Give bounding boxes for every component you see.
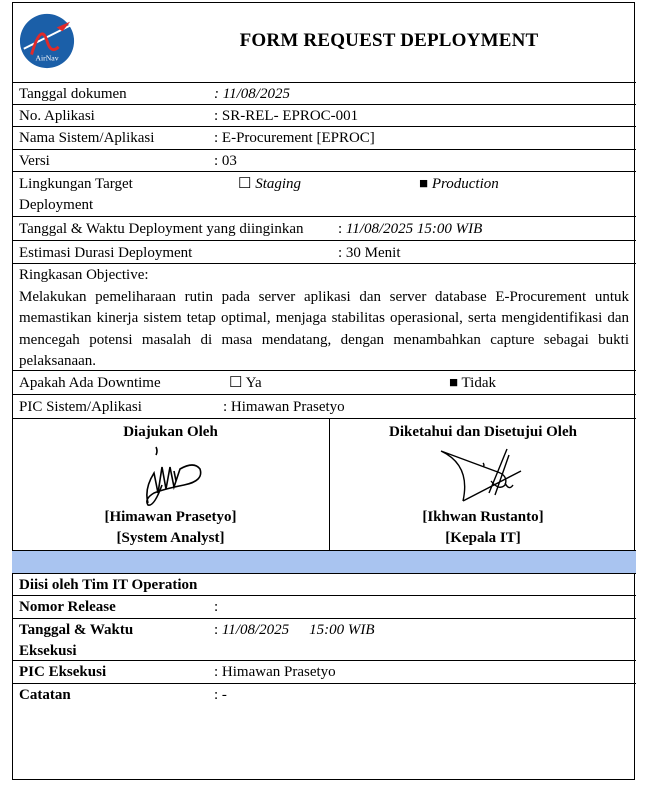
tanggal-waktu-deployment-value: : 11/08/2025 15:00 WIB [338, 218, 482, 240]
row-nomor-release: Nomor Release : [12, 595, 636, 618]
estimasi-durasi-value: : 30 Menit [338, 242, 401, 264]
option-production[interactable]: ■ Production [419, 173, 499, 195]
signature-himawan-icon [126, 443, 216, 507]
time-value: 15:00 WIB [309, 622, 374, 638]
row-tanggal-eksekusi: Tanggal & Waktu Eksekusi : 11/08/202515:… [12, 618, 636, 660]
row-pic-eksekusi: PIC Eksekusi : Himawan Prasetyo [12, 660, 636, 683]
date-value: 11/08/2025 [222, 622, 289, 638]
nomor-release-value: : [214, 596, 218, 618]
checkbox-checked-icon: ■ [419, 176, 428, 192]
row-lingkungan-target: Lingkungan Target Deployment ☐ Staging ■… [12, 171, 636, 216]
pic-eksekusi-value: : Himawan Prasetyo [214, 661, 336, 683]
field-label: PIC Eksekusi [19, 661, 106, 683]
option-ya[interactable]: ☐ Ya [229, 372, 262, 394]
nama-sistem-value: : E-Procurement [EPROC] [214, 127, 375, 149]
catatan-value: : - [214, 684, 227, 706]
value-text: 11/08/2025 15:00 WIB [346, 221, 482, 237]
value-prefix: : [214, 622, 222, 638]
section-separator-band [12, 550, 636, 573]
option-tidak[interactable]: ■ Tidak [449, 372, 496, 394]
row-it-operation-title: Diisi oleh Tim IT Operation [12, 573, 636, 595]
field-label: PIC Sistem/Aplikasi [19, 396, 142, 418]
row-tanggal-waktu-deployment: Tanggal & Waktu Deployment yang diingink… [12, 216, 636, 240]
row-tanggal-dokumen: Tanggal dokumen : 11/08/2025 [12, 82, 636, 104]
signature-heading: Diketahui dan Disetujui Oleh [330, 422, 636, 443]
signature-ikhwan-icon [433, 443, 533, 507]
row-estimasi-durasi: Estimasi Durasi Deployment : 30 Menit [12, 240, 636, 263]
row-nama-sistem: Nama Sistem/Aplikasi : E-Procurement [EP… [12, 126, 636, 149]
row-ringkasan-objective: Ringkasan Objective: Melakukan pemelihar… [12, 263, 636, 370]
field-label: Nomor Release [19, 596, 116, 618]
field-label: Lingkungan Target [19, 173, 133, 195]
tanggal-dokumen-value: : 11/08/2025 [214, 83, 290, 105]
signer-name: [Ikhwan Rustanto] [330, 507, 636, 528]
svg-text:AirNav: AirNav [35, 53, 58, 62]
checkbox-checked-icon: ■ [449, 375, 458, 391]
field-label: Tanggal & Waktu [19, 619, 133, 641]
field-label: Tanggal & Waktu Deployment yang diingink… [19, 218, 304, 240]
pic-sistem-value: : Himawan Prasetyo [223, 396, 345, 418]
checkbox-unchecked-icon: ☐ [238, 176, 251, 192]
value-prefix: : [338, 221, 346, 237]
option-label: Staging [255, 176, 301, 192]
page-title: FORM REQUEST DEPLOYMENT [12, 30, 636, 52]
field-label: No. Aplikasi [19, 105, 95, 127]
checkbox-unchecked-icon: ☐ [229, 375, 242, 391]
field-label: Nama Sistem/Aplikasi [19, 127, 154, 149]
signature-heading: Diajukan Oleh [12, 422, 329, 443]
row-catatan: Catatan : - [12, 683, 636, 780]
field-label: Apakah Ada Downtime [19, 372, 161, 394]
option-label: Production [432, 176, 499, 192]
option-label: Tidak [462, 375, 496, 391]
form-header: AirNav FORM REQUEST DEPLOYMENT [12, 2, 636, 82]
field-label: Catatan [19, 684, 71, 706]
no-aplikasi-value: : SR-REL- EPROC-001 [214, 105, 358, 127]
field-label: Eksekusi [19, 640, 77, 662]
row-pic-sistem: PIC Sistem/Aplikasi : Himawan Prasetyo [12, 394, 636, 418]
field-label: Tanggal dokumen [19, 83, 127, 105]
signature-right: Diketahui dan Disetujui Oleh [Ikhwan Rus… [330, 422, 636, 553]
tanggal-eksekusi-value: : 11/08/202515:00 WIB [214, 619, 375, 641]
field-label: Estimasi Durasi Deployment [19, 242, 192, 264]
field-label: Versi [19, 150, 50, 172]
signer-role: [Kepala IT] [330, 528, 636, 549]
ringkasan-label: Ringkasan Objective: [19, 265, 629, 287]
signer-name: [Himawan Prasetyo] [12, 507, 329, 528]
row-no-aplikasi: No. Aplikasi : SR-REL- EPROC-001 [12, 104, 636, 126]
row-downtime: Apakah Ada Downtime ☐ Ya ■ Tidak [12, 370, 636, 394]
versi-value: : 03 [214, 150, 237, 172]
ringkasan-block: Ringkasan Objective: Melakukan pemelihar… [19, 265, 629, 373]
ringkasan-text: Melakukan pemeliharaan rutin pada server… [19, 287, 629, 373]
row-versi: Versi : 03 [12, 149, 636, 171]
field-label: Deployment [19, 194, 93, 216]
signature-section: Diajukan Oleh [Himawan Prasetyo] [System… [12, 418, 636, 550]
signature-left: Diajukan Oleh [Himawan Prasetyo] [System… [12, 422, 329, 553]
signer-role: [System Analyst] [12, 528, 329, 549]
option-staging[interactable]: ☐ Staging [238, 173, 301, 195]
section-title: Diisi oleh Tim IT Operation [19, 574, 197, 596]
option-label: Ya [246, 375, 262, 391]
